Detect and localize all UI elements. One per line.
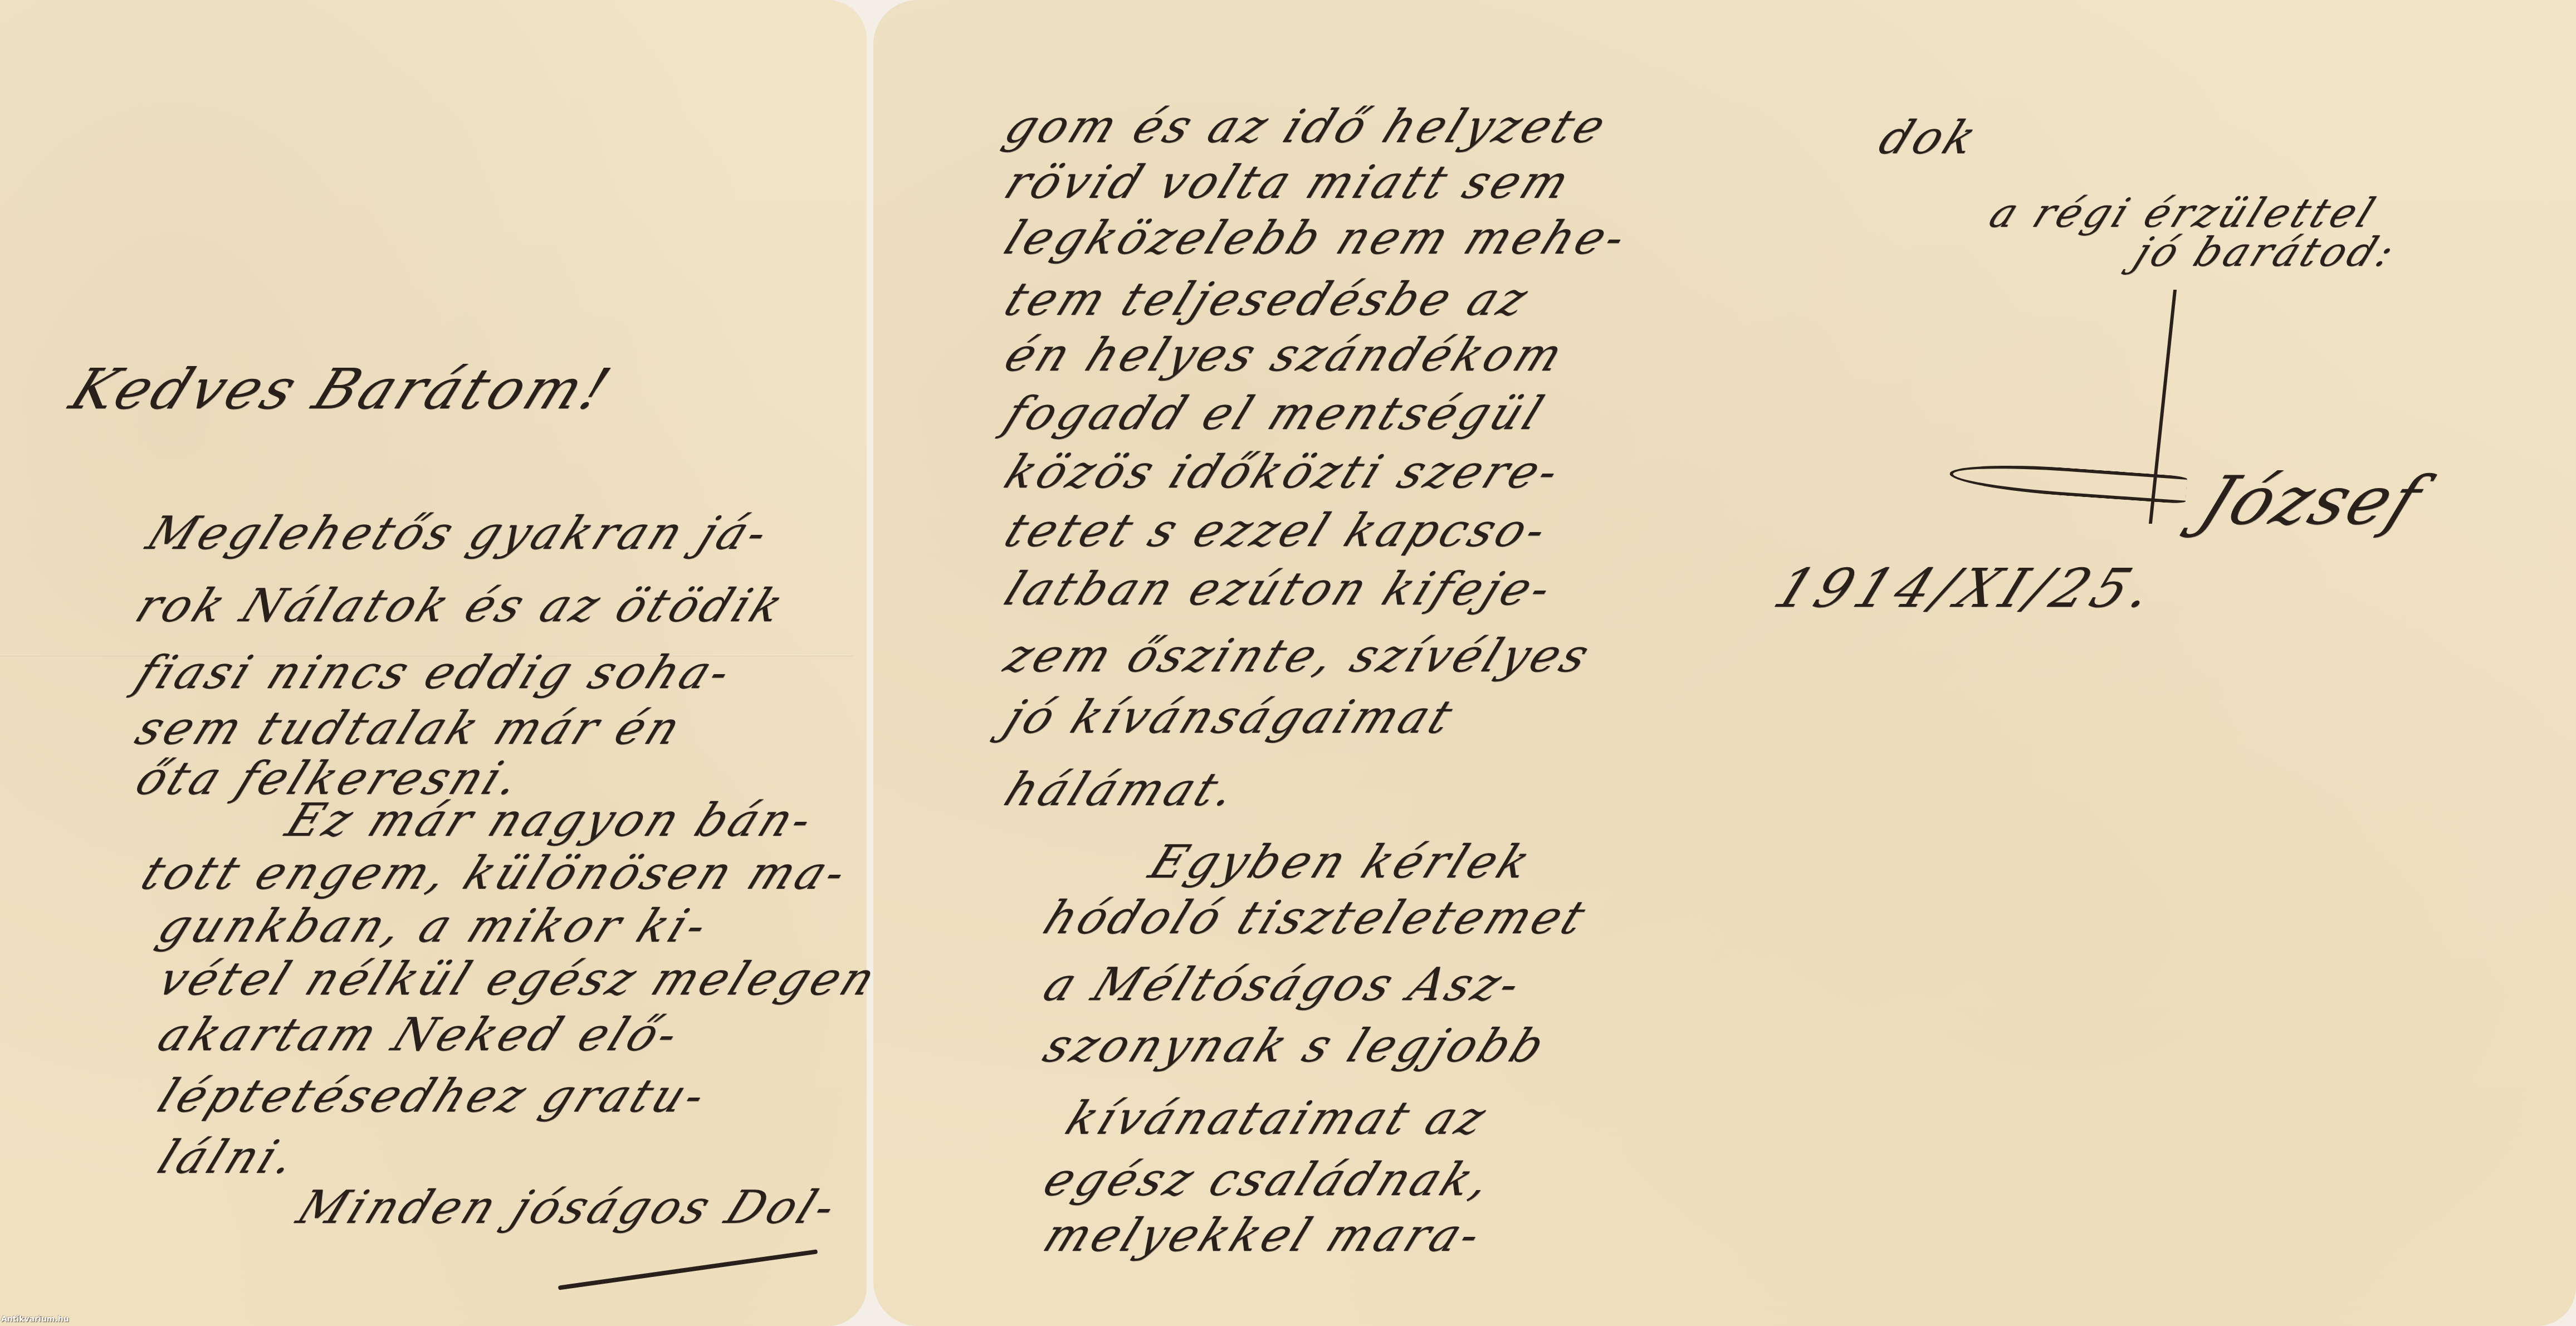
letter-line: Minden jóságos Dol- [290,1181,847,1234]
letter-line: sem tudtalak már én [128,702,691,755]
letter-line: fiasi nincs eddig soha- [128,646,741,699]
letter-line: egész családnak, [1036,1153,1502,1206]
letter-line: jó kívánságaimat [997,691,1463,744]
letter-line: rok Nálatok és az ötödik [128,579,794,632]
letter-line: léptetésedhez gratu- [150,1070,716,1123]
letter-date: 1914/XI/25. [1766,557,2168,620]
signature: József [2189,462,2435,540]
letter-line: a Méltóságos Asz- [1036,958,1532,1011]
letter-line: lálni. [150,1131,307,1184]
letter-line: fogadd el mentségül [997,387,1554,440]
letter-line: hálámat. [997,763,1247,816]
letter-line: Meglehetős gyakran já- [139,507,779,560]
letter-line: vétel nélkül egész melegen [150,953,886,1006]
letter-line: latban ezúton kifeje- [997,563,1562,616]
letter-line: tetet s ezzel kapcso- [997,504,1557,557]
letter-line: hódoló tiszteletemet [1036,891,1596,944]
letter-line: legközelebb nem mehe- [997,212,1637,265]
letter-line: én helyes szándékom [997,329,1573,382]
letter-line: melyekkel mara- [1036,1209,1492,1262]
closing-line: jó barátod: [2128,228,2404,275]
letter-line: akartam Neked elő- [150,1008,690,1061]
letter-line: Ez már nagyon bán- [278,794,823,847]
letter-line: tem teljesedésbe az [997,273,1538,326]
letter-line: tott engem, különösen ma- [134,847,857,900]
letter-line: rövid volta miatt sem [997,156,1580,209]
letter-line: Egyben kérlek [1142,836,1541,889]
letter-line: gom és az idő helyzete [997,100,1616,153]
letter-line: zem őszinte, szívélyes [997,630,1600,682]
letter-line: közös időközti szere- [997,446,1570,499]
letter-line: gunkban, a mikor ki- [150,900,718,953]
letter-line: kívánataimat az [1058,1092,1497,1145]
salutation: Kedves Barátom! [61,357,622,422]
letter-line: szonynak s legjobb [1036,1020,1556,1072]
letter-scan: Kedves Barátom! Meglehetős gyakran já- r… [0,0,2576,1326]
watermark: Antikvarium.hu [1,1315,69,1324]
